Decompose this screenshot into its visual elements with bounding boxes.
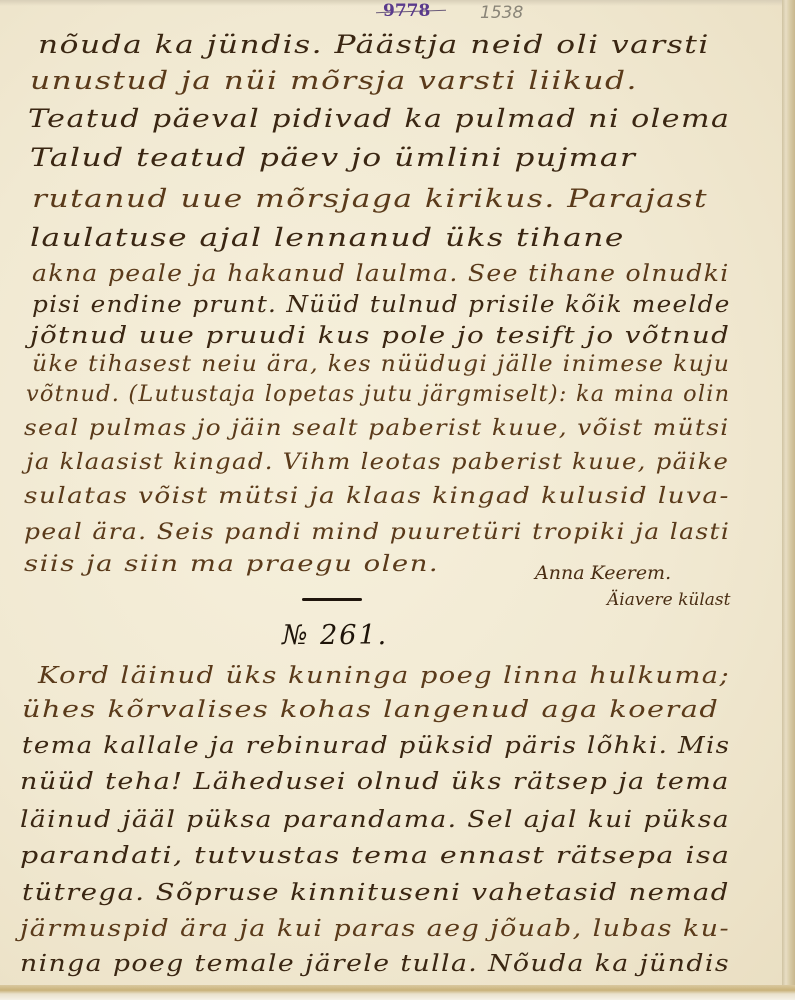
handwritten-line-15: peal ära. Seis pandi mind puuretüri trop… xyxy=(24,520,730,545)
handwritten-line-16: siis ja siin ma praegu olen. xyxy=(24,552,439,577)
handwritten-line-12: seal pulmas jo jäin sealt paberist kuue,… xyxy=(24,416,730,441)
handwritten-line-23: tütrega. Sõpruse kinnituseni vahetasid n… xyxy=(22,880,730,906)
handwritten-line-20: nüüd teha! Lähedusei olnud üks rätsep ja… xyxy=(20,769,730,795)
pencil-page-number: 1538 xyxy=(480,3,523,23)
handwritten-line-24: järmuspid ära ja kui paras aeg jõuab, lu… xyxy=(20,916,730,942)
handwritten-line-8: pisi endine prunt. Nüüd tulnud prisile k… xyxy=(32,292,731,318)
handwritten-line-14: sulatas võist mütsi ja klaas kingad kulu… xyxy=(24,484,730,509)
handwritten-line-10: üke tihasest neiu ära, kes nüüdugi jälle… xyxy=(32,352,730,377)
handwritten-line-3: Teatud päeval pidivad ka pulmad ni olema xyxy=(28,104,730,133)
handwritten-line-7: akna peale ja hakanud laulma. See tihane… xyxy=(32,261,730,287)
page-bottom-edge xyxy=(0,985,795,1000)
handwritten-line-25: ninga poeg temale järele tulla. Nõuda ka… xyxy=(20,951,730,977)
handwritten-line-9: jõtnud uue pruudi kus pole jo tesift jo … xyxy=(30,323,730,349)
section-divider xyxy=(302,598,362,601)
handwritten-line-6: laulatuse ajal lennanud üks tihane xyxy=(30,223,625,252)
handwritten-line-21: läinud jääl püksa parandama. Sel ajal ku… xyxy=(20,807,730,833)
handwritten-line-13: ja klaasist kingad. Vihm leotas paberist… xyxy=(26,450,729,475)
handwritten-line-1: nõuda ka jündis. Päästja neid oli varsti xyxy=(38,30,710,59)
handwritten-line-2: unustud ja nüi mõrsja varsti liikud. xyxy=(30,66,638,95)
handwritten-line-11: võtnud. (Lutustaja lopetas jutu järgmise… xyxy=(26,382,730,407)
story-number-heading: № 261. xyxy=(282,620,388,651)
handwritten-line-4: Talud teatud päev jo ümlini pujmar xyxy=(30,143,636,172)
handwritten-line-5: rutanud uue mõrsjaga kirikus. Parajast xyxy=(32,184,708,213)
signature-name: Anna Keerem. xyxy=(535,562,671,584)
handwritten-line-17: Kord läinud üks kuninga poeg linna hulku… xyxy=(38,663,730,689)
signature-place: Äiavere külast xyxy=(607,590,730,610)
archive-stamp-number: 9778 xyxy=(383,1,430,21)
handwritten-line-19: tema kallale ja rebinurad püksid päris l… xyxy=(22,733,730,759)
manuscript-page: 9778 1538 nõuda ka jündis. Päästja neid … xyxy=(0,0,782,985)
handwritten-line-22: parandati, tutvustas tema ennast rätsepa… xyxy=(20,843,731,869)
handwritten-line-18: ühes kõrvalises kohas langenud aga koera… xyxy=(22,697,719,723)
page-right-edge xyxy=(782,0,795,1000)
